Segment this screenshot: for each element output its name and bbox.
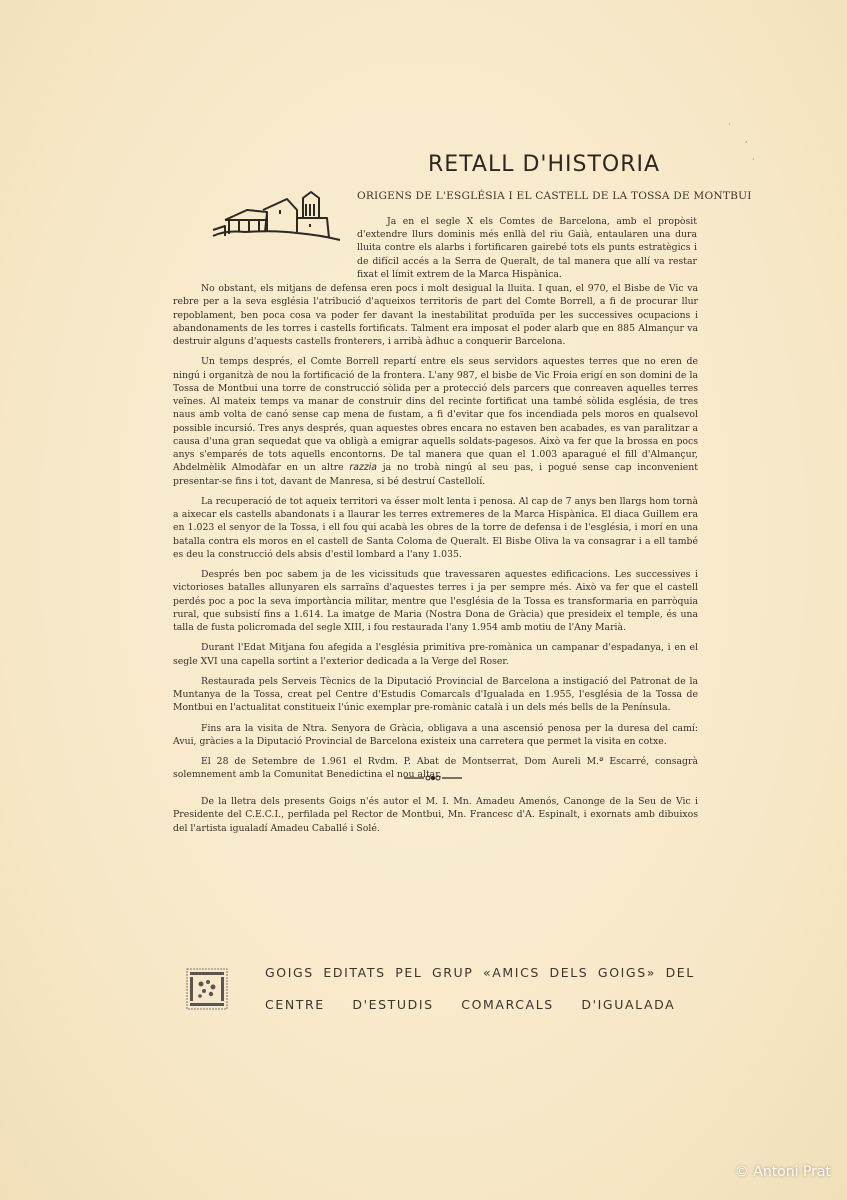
- paragraph-text: Un temps després, el Comte Borrell repar…: [173, 356, 698, 473]
- article-body: No obstant, els mitjans de defensa eren …: [173, 282, 698, 789]
- decorative-divider-icon: [404, 774, 462, 782]
- paper-speck: ·: [728, 120, 731, 129]
- publisher-line-2: CENTRE D'ESTUDIS COMARCALS D'IGUALADA: [265, 997, 675, 1012]
- credits-paragraph: De la lletra dels presents Goigs n'és au…: [173, 795, 698, 835]
- publisher-line-1: GOIGS EDITATS PEL GRUP «AMICS DELS GOIGS…: [265, 965, 695, 980]
- intro-text: Ja en el segle X els Comtes de Barcelona…: [357, 216, 697, 280]
- church-castle-illustration-icon: [205, 180, 345, 250]
- paragraph: Restaurada pels Serveis Tècnics de la Di…: [173, 675, 698, 715]
- paragraph: Durant l'Edat Mitjana fou afegida a l'es…: [173, 641, 698, 668]
- copyright-watermark: © Antoni Prat: [735, 1164, 831, 1180]
- paragraph: Fins ara la visita de Ntra. Senyora de G…: [173, 722, 698, 749]
- intro-paragraph: Ja en el segle X els Comtes de Barcelona…: [357, 215, 697, 281]
- paragraph: Un temps després, el Comte Borrell repar…: [173, 355, 698, 488]
- paragraph: La recuperació de tot aqueix territori v…: [173, 495, 698, 561]
- paragraph: Després ben poc sabem ja de les vicissit…: [173, 568, 698, 634]
- page-title: RETALL D'HISTORIA: [428, 152, 660, 177]
- page-subtitle: ORIGENS DE L'ESGLÉSIA I EL CASTELL DE LA…: [357, 190, 752, 202]
- emphasis-word: razzia: [349, 462, 377, 473]
- paper-speck: ·: [752, 155, 755, 164]
- paragraph: No obstant, els mitjans de defensa eren …: [173, 282, 698, 348]
- paper-speck: ,: [745, 135, 748, 144]
- cec-seal-logo-icon: [186, 968, 228, 1010]
